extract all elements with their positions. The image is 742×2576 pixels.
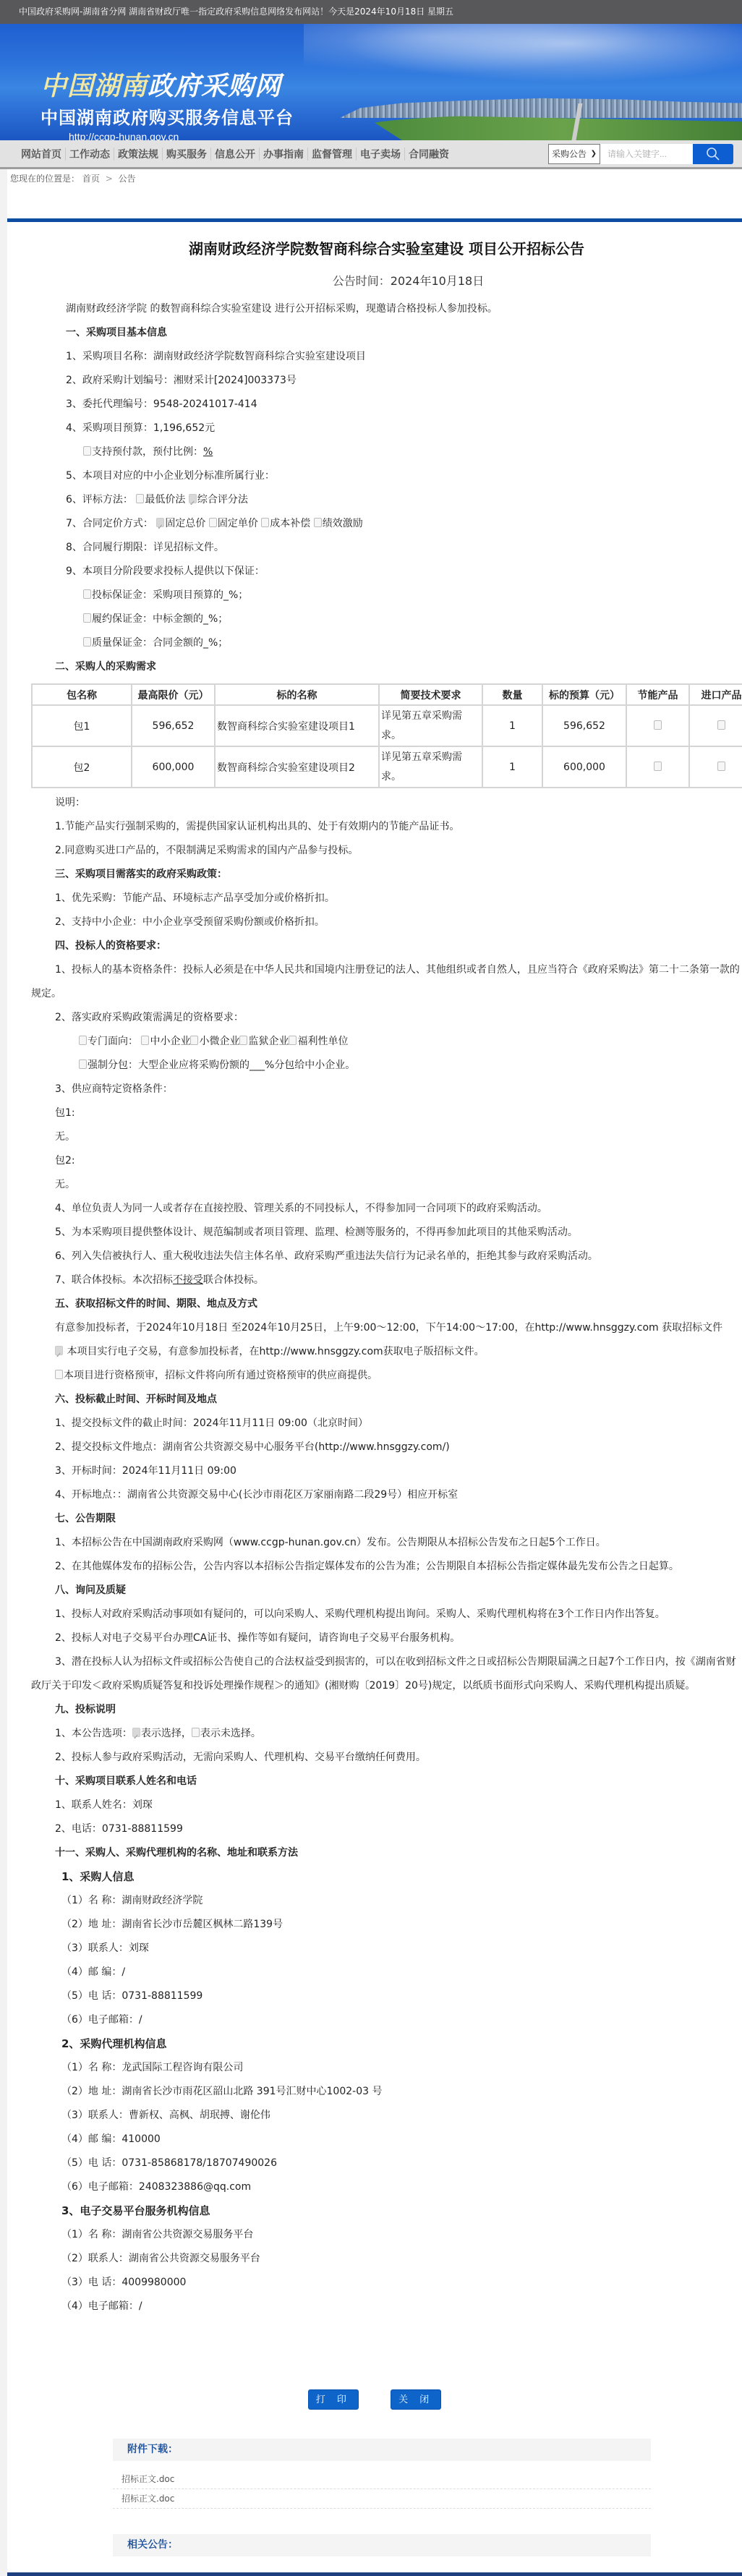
search-category-select[interactable]: 采购公告❯ [548,144,600,164]
period-line: 1、本招标公告在中国湖南政府采购网（www.ccgp-hunan.gov.cn）… [31,1531,742,1555]
option-label: 成本补偿 [270,518,310,529]
cell-item-name: 数智商科综合实验室建设项目1 [215,705,379,746]
breadcrumb: 您现在的位置是： 首页 > 公告 [7,169,742,218]
cell-max-price: 600,000 [132,746,215,788]
policy-line: 2、支持中小企业：中小企业享受预留采购份额或价格折扣。 [31,910,742,934]
legend-unselected: 表示未选择。 [200,1728,261,1739]
info-line: 1、采购项目名称：湖南财政经济学院数智商科综合实验室建设项目 [31,345,742,369]
attachment-link[interactable]: 招标正文.doc [113,2470,651,2489]
col-header: 标的名称 [215,684,379,705]
checkbox [209,518,217,527]
checkbox [136,494,144,503]
guarantee-label: 质量保证金：合同金额的_%； [92,637,228,649]
option-label: 最低价法 [145,494,185,506]
legend-line: 1、本公告选项：表示选择，表示未选择。 [31,1722,742,1746]
table-row: 包2 600,000 数智商科综合实验室建设项目2 详见第五章采购需求。 1 6… [32,746,742,788]
info-line: 4、采购项目预算：1,196,652元 [31,417,742,440]
prepay-label: 支持预付款，预付比例： [92,446,203,458]
section-heading: 九、投标说明 [31,1698,742,1722]
purchaser-line: （5）电 话：0731-88811599 [31,1984,742,2008]
legend-pre: 1、本公告选项： [55,1728,132,1739]
agency-line: （2）地 址：湖南省长沙市雨花区韶山北路 391号汇财中心1002-03 号 [31,2080,742,2104]
section-heading: 五、获取招标文件的时间、期限、地点及方式 [31,1292,742,1316]
attachment-link[interactable]: 招标正文.doc [113,2489,651,2509]
col-header: 包名称 [32,684,132,705]
deadline-line: 4、开标地点：：湖南省公共资源交易中心(长沙市雨花区万家丽南路二段29号）相应开… [31,1483,742,1507]
content-page: 您现在的位置是： 首页 > 公告 湖南财政经济学院数智商科综合实验室建设 项目公… [7,169,742,2572]
nav-contract-finance[interactable]: 合同融资 [405,147,453,161]
checkbox [717,720,725,730]
note-line: 2.同意购买进口产品的，不限制满足采购需求的国内产品参与投标。 [31,839,742,863]
consortium-value: 不接受 [173,1274,203,1286]
table-row: 包1 596,652 数智商科综合实验室建设项目1 详见第五章采购需求。 1 5… [32,705,742,746]
deadline-line: 2、提交投标文件地点：湖南省公共资源交易中心服务平台(http://www.hn… [31,1436,742,1459]
checkbox [83,613,91,623]
checkbox [141,1036,149,1045]
platform-line: （2）联系人：湖南省公共资源交易服务平台 [31,2247,742,2271]
checkbox [79,1036,87,1045]
deadline-line: 3、开标时间：2024年11月11日 09:00 [31,1459,742,1483]
section-heading: 四、投标人的资格要求： [31,934,742,958]
inquiry-line: 2、投标人对电子交易平台办理CA证书、操作等如有疑问，请咨询电子交易平台服务机构… [31,1626,742,1650]
checkbox [654,720,662,730]
qualification-line: 6、列入失信被执行人、重大税收违法失信主体名单、政府采购严重违法失信行为记录名单… [31,1245,742,1268]
related-panel: 相关公告： [113,2534,651,2556]
policy-line: 1、优先采购：节能产品、环境标志产品享受加分或价格折扣。 [31,887,742,910]
legend-selected: 表示选择， [141,1728,192,1739]
section-heading: 六、投标截止时间、开标时间及地点 [31,1388,742,1412]
site-subtitle: 中国湖南政府购买服务信息平台 [40,103,294,129]
checkbox [239,1036,247,1045]
info-line: 9、本项目分阶段要求投标人提供以下保证： [31,560,742,584]
checkbox [83,589,91,599]
cell-import [689,705,742,746]
section-heading: 一、采购项目基本信息 [31,321,742,345]
inquiry-line: 1、投标人对政府采购活动事项如有疑问的，可以向采购人、采购代理机构提出询问。采购… [31,1603,742,1626]
breadcrumb-home[interactable]: 首页 [82,174,100,184]
related-heading: 相关公告： [113,2534,651,2556]
cell-budget: 600,000 [542,746,626,788]
checkbox [79,1059,87,1069]
checkbox [190,1036,198,1045]
close-button[interactable]: 关 闭 [391,2389,441,2410]
checkbox [717,762,725,771]
top-info-bar: 中国政府采购网-湖南省分网 湖南省财政厅唯一指定政府采购信息网络发布网站！今天是… [0,0,742,24]
checkbox [83,446,91,456]
print-button[interactable]: 打 印 [308,2389,359,2410]
nav-guide[interactable]: 办事指南 [260,147,307,161]
platform-line: （1）名 称：湖南省公共资源交易服务平台 [31,2223,742,2247]
platform-line: （3）电 话：4009980000 [31,2271,742,2295]
cell-quantity: 1 [482,746,542,788]
checkbox [654,762,662,771]
subsection-heading: 1、采购人信息 [31,1865,742,1889]
guarantee-label: 投标保证金：采购项目预算的_%； [92,589,248,601]
checkbox [261,518,269,527]
cell-energy [626,705,689,746]
deadline-line: 1、提交投标文件的截止时间：2024年11月11日 09:00（北京时间） [31,1412,742,1436]
cell-package: 包1 [32,705,132,746]
purchaser-line: （4）邮 编：/ [31,1961,742,1984]
purchaser-line: （6）电子邮箱：/ [31,2008,742,2032]
requirements-table: 包名称 最高限价（元） 标的名称 简要技术要求 数量 标的预算（元） 节能产品 … [31,683,742,788]
checkbox [289,1036,297,1045]
option-label: 固定单价 [218,518,258,529]
nav-e-mall[interactable]: 电子卖场 [357,147,404,161]
col-header: 数量 [482,684,542,705]
nav-policies[interactable]: 政策法规 [114,147,162,161]
col-header: 最高限价（元） [132,684,215,705]
obtain-docs-text: 有意参加投标者，于2024年10月18日 至2024年10月25日，上午9:00… [31,1316,742,1340]
cell-package: 包2 [32,746,132,788]
purchaser-line: （3）联系人：刘琛 [31,1937,742,1961]
consortium-pre: 7、联合体投标。本次招标 [55,1274,173,1286]
subsection-heading: 3、电子交易平台服务机构信息 [31,2199,742,2223]
info-line: 8、合同履行期限：详见招标文件。 [31,536,742,560]
checkbox [192,1728,200,1737]
search-button[interactable] [693,144,733,164]
eval-method-label: 6、评标方法： [66,494,133,506]
cell-energy [626,746,689,788]
banner-island [362,114,742,140]
banner-cityscape [340,93,742,118]
option-label: 中小企业 [150,1036,190,1047]
agency-line: （1）名 称：龙武国际工程咨询有限公司 [31,2056,742,2080]
note-line: 1.节能产品实行强制采购的，需提供国家认证机构出具的、处于有效期内的节能产品证书… [31,815,742,839]
site-url: http://ccgp-hunan.gov.cn [69,131,179,140]
cell-import [689,746,742,788]
col-header: 进口产品 [689,684,742,705]
search-input[interactable] [600,144,693,164]
option-label: 福利性单位 [297,1036,348,1047]
agency-line: （4）邮 编：410000 [31,2128,742,2151]
qualification-line: 4、单位负责人为同一人或者存在直接控股、管理关系的不同投标人，不得参加同一合同项… [31,1197,742,1221]
breadcrumb-current[interactable]: 公告 [119,174,136,184]
purchaser-line: （2）地 址：湖南省长沙市岳麓区枫林二路139号 [31,1913,742,1937]
guarantee-label: 履约保证金：中标金额的_%； [92,613,228,625]
qualification-line: 3、供应商特定资格条件： [31,1078,742,1101]
purchaser-line: （1）名 称：湖南财政经济学院 [31,1889,742,1913]
action-buttons: 打 印 关 闭 [7,2319,742,2439]
package-value: 无。 [31,1173,742,1197]
prequal-option: 本项目进行资格预审，招标文件将向所有通过资格预审的供应商提供。 [31,1364,742,1388]
breadcrumb-prefix: 您现在的位置是： [10,174,80,184]
attachments-heading: 附件下载： [113,2439,651,2461]
section-heading: 七、公告期限 [31,1507,742,1531]
e-trade-option: 本项目实行电子交易，有意参加投标者，在http://www.hnsggzy.co… [31,1340,742,1364]
package-value: 无。 [31,1125,742,1149]
checkbox-checked [156,518,164,527]
notes-label: 说明： [31,791,742,815]
qualification-line: 5、为本采购项目提供整体设计、规范编制或者项目管理、监理、检测等服务的，不得再参… [31,1221,742,1245]
cell-max-price: 596,652 [132,705,215,746]
cell-tech-req: 详见第五章采购需求。 [379,746,482,788]
cell-quantity: 1 [482,705,542,746]
option-label: 小微企业 [199,1036,239,1047]
info-line: 2、政府采购计划编号：湘财采计[2024]003373号 [31,369,742,393]
search-icon [706,147,720,161]
table-header-row: 包名称 最高限价（元） 标的名称 简要技术要求 数量 标的预算（元） 节能产品 … [32,684,742,705]
col-header: 标的预算（元） [542,684,626,705]
checkbox-checked [132,1728,140,1737]
publish-time: 公告时间：2024年10月18日 [31,265,742,297]
checkbox-checked [55,1346,63,1355]
checkbox [55,1370,63,1379]
package-label: 包2: [31,1149,742,1173]
qualification-line: 2、落实政府采购政策需满足的资格要求： [31,1006,742,1030]
nav-info-disclosure[interactable]: 信息公开 [211,147,259,161]
nav-work-news[interactable]: 工作动态 [66,147,114,161]
info-line: 3、委托代理编号：9548-20241017-414 [31,393,742,417]
package-label: 包1: [31,1101,742,1125]
period-line: 2、在其他媒体发布的招标公告，公告内容以本招标公告指定媒体发布的公告为准；公告期… [31,1555,742,1579]
option-label: 本项目进行资格预审，招标文件将向所有通过资格预审的供应商提供。 [64,1370,378,1381]
option-label: 固定总价 [165,518,205,529]
checkbox-checked [189,494,197,503]
option-label: 监狱企业 [248,1036,289,1047]
site-logo[interactable]: 中国湖南政府采购网 [40,66,281,103]
prepay-option: 支持预付款，预付比例：% [31,440,742,464]
subcontract-option: 强制分包：大型企业应将采购份额的___%分包给中小企业。 [31,1054,742,1078]
banner-sky [304,24,742,89]
page-title: 湖南财政经济学院数智商科综合实验室建设 项目公开招标公告 [31,232,742,265]
section-heading: 十一、采购人、采购代理机构的名称、地址和联系方法 [31,1841,742,1865]
breadcrumb-separator: > [106,174,113,184]
intro-text: 湖南财政经济学院 的数智商科综合实验室建设 进行公开招标采购，现邀请合格投标人参… [31,297,742,321]
logo-calligraphy: 中国湖南 [40,71,148,101]
search-bar: 采购公告❯ [548,144,733,164]
site-banner: 中国湖南政府采购网 中国湖南政府购买服务信息平台 http://ccgp-hun… [0,24,742,140]
main-nav: 网站首页 工作动态 政策法规 购买服务 信息公开 办事指南 监督管理 电子卖场 … [0,140,742,169]
dedicated-options: 专门面向： 中小企业小微企业监狱企业福利性单位 [31,1030,742,1054]
prepay-value: % [203,446,213,458]
consortium-line: 7、联合体投标。本次招标不接受联合体投标。 [31,1268,742,1292]
guarantee-option: 投标保证金：采购项目预算的_%； [31,584,742,607]
guarantee-option: 质量保证金：合同金额的_%； [31,631,742,655]
cell-tech-req: 详见第五章采购需求。 [379,705,482,746]
option-label: 综合评分法 [197,494,248,506]
logo-main-text: 政府采购网 [148,72,281,101]
cell-item-name: 数智商科综合实验室建设项目2 [215,746,379,788]
subcontract-label: 强制分包：大型企业应将采购份额的___%分包给中小企业。 [88,1059,355,1071]
agency-line: （6）电子邮箱：2408323886@qq.com [31,2175,742,2199]
checkbox [314,518,322,527]
agency-line: （3）联系人：曹新权、高枫、胡珉搏、谢伦伟 [31,2104,742,2128]
platform-line: （4）电子邮箱：/ [31,2295,742,2319]
section-heading: 十、采购项目联系人姓名和电话 [31,1770,742,1794]
agency-line: （5）电 话：0731-85868178/18707490026 [31,2151,742,2175]
search-category-value: 采购公告 [552,149,587,159]
footer-bar [7,2572,742,2576]
option-label: 本项目实行电子交易，有意参加投标者，在http://www.hnsggzy.co… [67,1346,484,1357]
chevron-down-icon: ❯ [591,145,597,163]
nav-purchase-services[interactable]: 购买服务 [163,147,210,161]
nav-home[interactable]: 网站首页 [17,147,65,161]
attachments-panel: 附件下载： 招标正文.doc 招标正文.doc [113,2439,651,2509]
announcement-article: 湖南财政经济学院数智商科综合实验室建设 项目公开招标公告 公告时间：2024年1… [7,222,742,2319]
pricing-method-label: 7、合同定价方式： [66,518,153,529]
section-heading: 八、询问及质疑 [31,1579,742,1603]
checkbox [83,637,91,647]
eval-method: 6、评标方法： 最低价法 综合评分法 [31,488,742,512]
subsection-heading: 2、采购代理机构信息 [31,2032,742,2056]
info-line: 5、本项目对应的中小企业划分标准所属行业： [31,464,742,488]
dedicated-label: 专门面向： [88,1036,138,1047]
qualification-line: 1、投标人的基本资格条件：投标人必须是在中华人民共和国境内注册登记的法人、其他组… [31,958,742,1006]
pricing-method: 7、合同定价方式： 固定总价 固定单价 成本补偿 绩效激励 [31,512,742,536]
guarantee-option: 履约保证金：中标金额的_%； [31,607,742,631]
section-heading: 二、采购人的采购需求 [31,655,742,679]
option-label: 绩效激励 [323,518,363,529]
nav-supervision[interactable]: 监督管理 [308,147,356,161]
cell-budget: 596,652 [542,705,626,746]
contact-line: 2、电话：0731-88811599 [31,1817,742,1841]
section-heading: 三、采购项目需落实的政府采购政策： [31,863,742,887]
col-header: 简要技术要求 [379,684,482,705]
contact-line: 1、联系人姓名：刘琛 [31,1794,742,1817]
inquiry-line: 3、潜在投标人认为招标文件或招标公告使自己的合法权益受到损害的，可以在收到招标文… [31,1650,742,1698]
col-header: 节能产品 [626,684,689,705]
consortium-post: 联合体投标。 [203,1274,264,1286]
